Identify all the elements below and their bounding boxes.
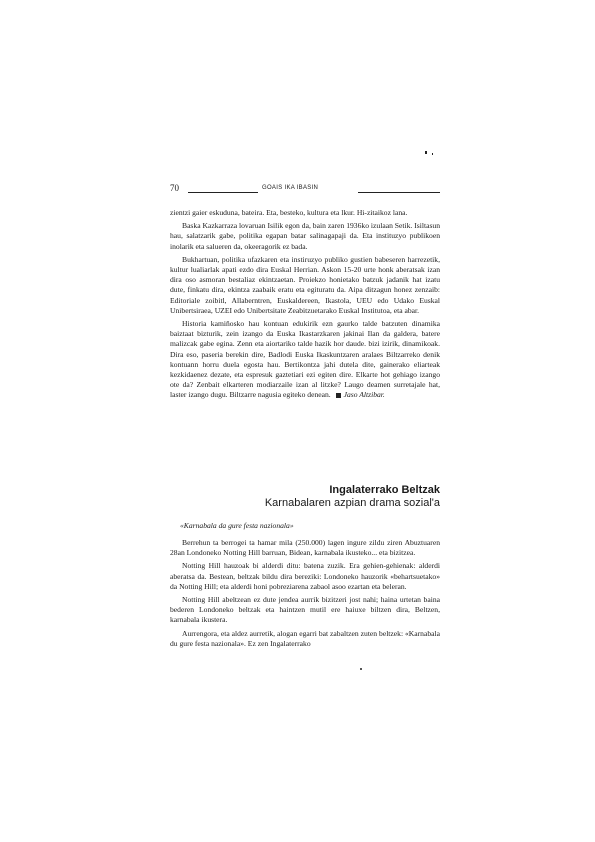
scan-mark-top: [425, 151, 427, 154]
paragraph: Baska Kazkarraza lovaruan Isilik egon da…: [170, 221, 440, 252]
page-header: 70 GOAIS IKA IBASIN: [170, 183, 440, 195]
article-subtitle: Karnabalaren azpian drama sozial'a: [265, 497, 440, 509]
paragraph: Aurrengora, eta aldez aurretik, alogan e…: [170, 629, 440, 649]
scan-mark-right: [432, 153, 433, 155]
end-bullet-icon: [336, 393, 341, 398]
paragraph-text: Historia kamiñosko hau kontuan edukirik …: [170, 319, 440, 399]
article-title: Ingalaterrako Beltzak: [329, 484, 440, 496]
paragraph: Berrehun ta berrogei ta hamar mila (250.…: [170, 538, 440, 558]
page-number: 70: [170, 183, 179, 193]
author-signature: Jaso Altzibar.: [344, 390, 385, 399]
paragraph: Notting Hill abeltzean ez dute jendea au…: [170, 595, 440, 626]
header-rule-right: [358, 192, 440, 193]
article-epigraph: «Karnabala da gure festa nazionala»: [180, 521, 294, 530]
paragraph: zientzi gaier eskuduna, bateira. Eta, be…: [170, 208, 440, 218]
paragraph: Historia kamiñosko hau kontuan edukirik …: [170, 319, 440, 401]
article-2-body: Berrehun ta berrogei ta hamar mila (250.…: [170, 538, 440, 649]
running-title: GOAIS IKA IBASIN: [262, 185, 318, 191]
scan-speck: [360, 668, 362, 670]
paragraph: Notting Hill hauzoak bi alderdi ditu: ba…: [170, 561, 440, 592]
header-rule-left: [188, 192, 258, 193]
article-1-body: zientzi gaier eskuduna, bateira. Eta, be…: [170, 208, 440, 401]
paragraph: Bukhartuan, politika ufazkaren eta insti…: [170, 255, 440, 316]
